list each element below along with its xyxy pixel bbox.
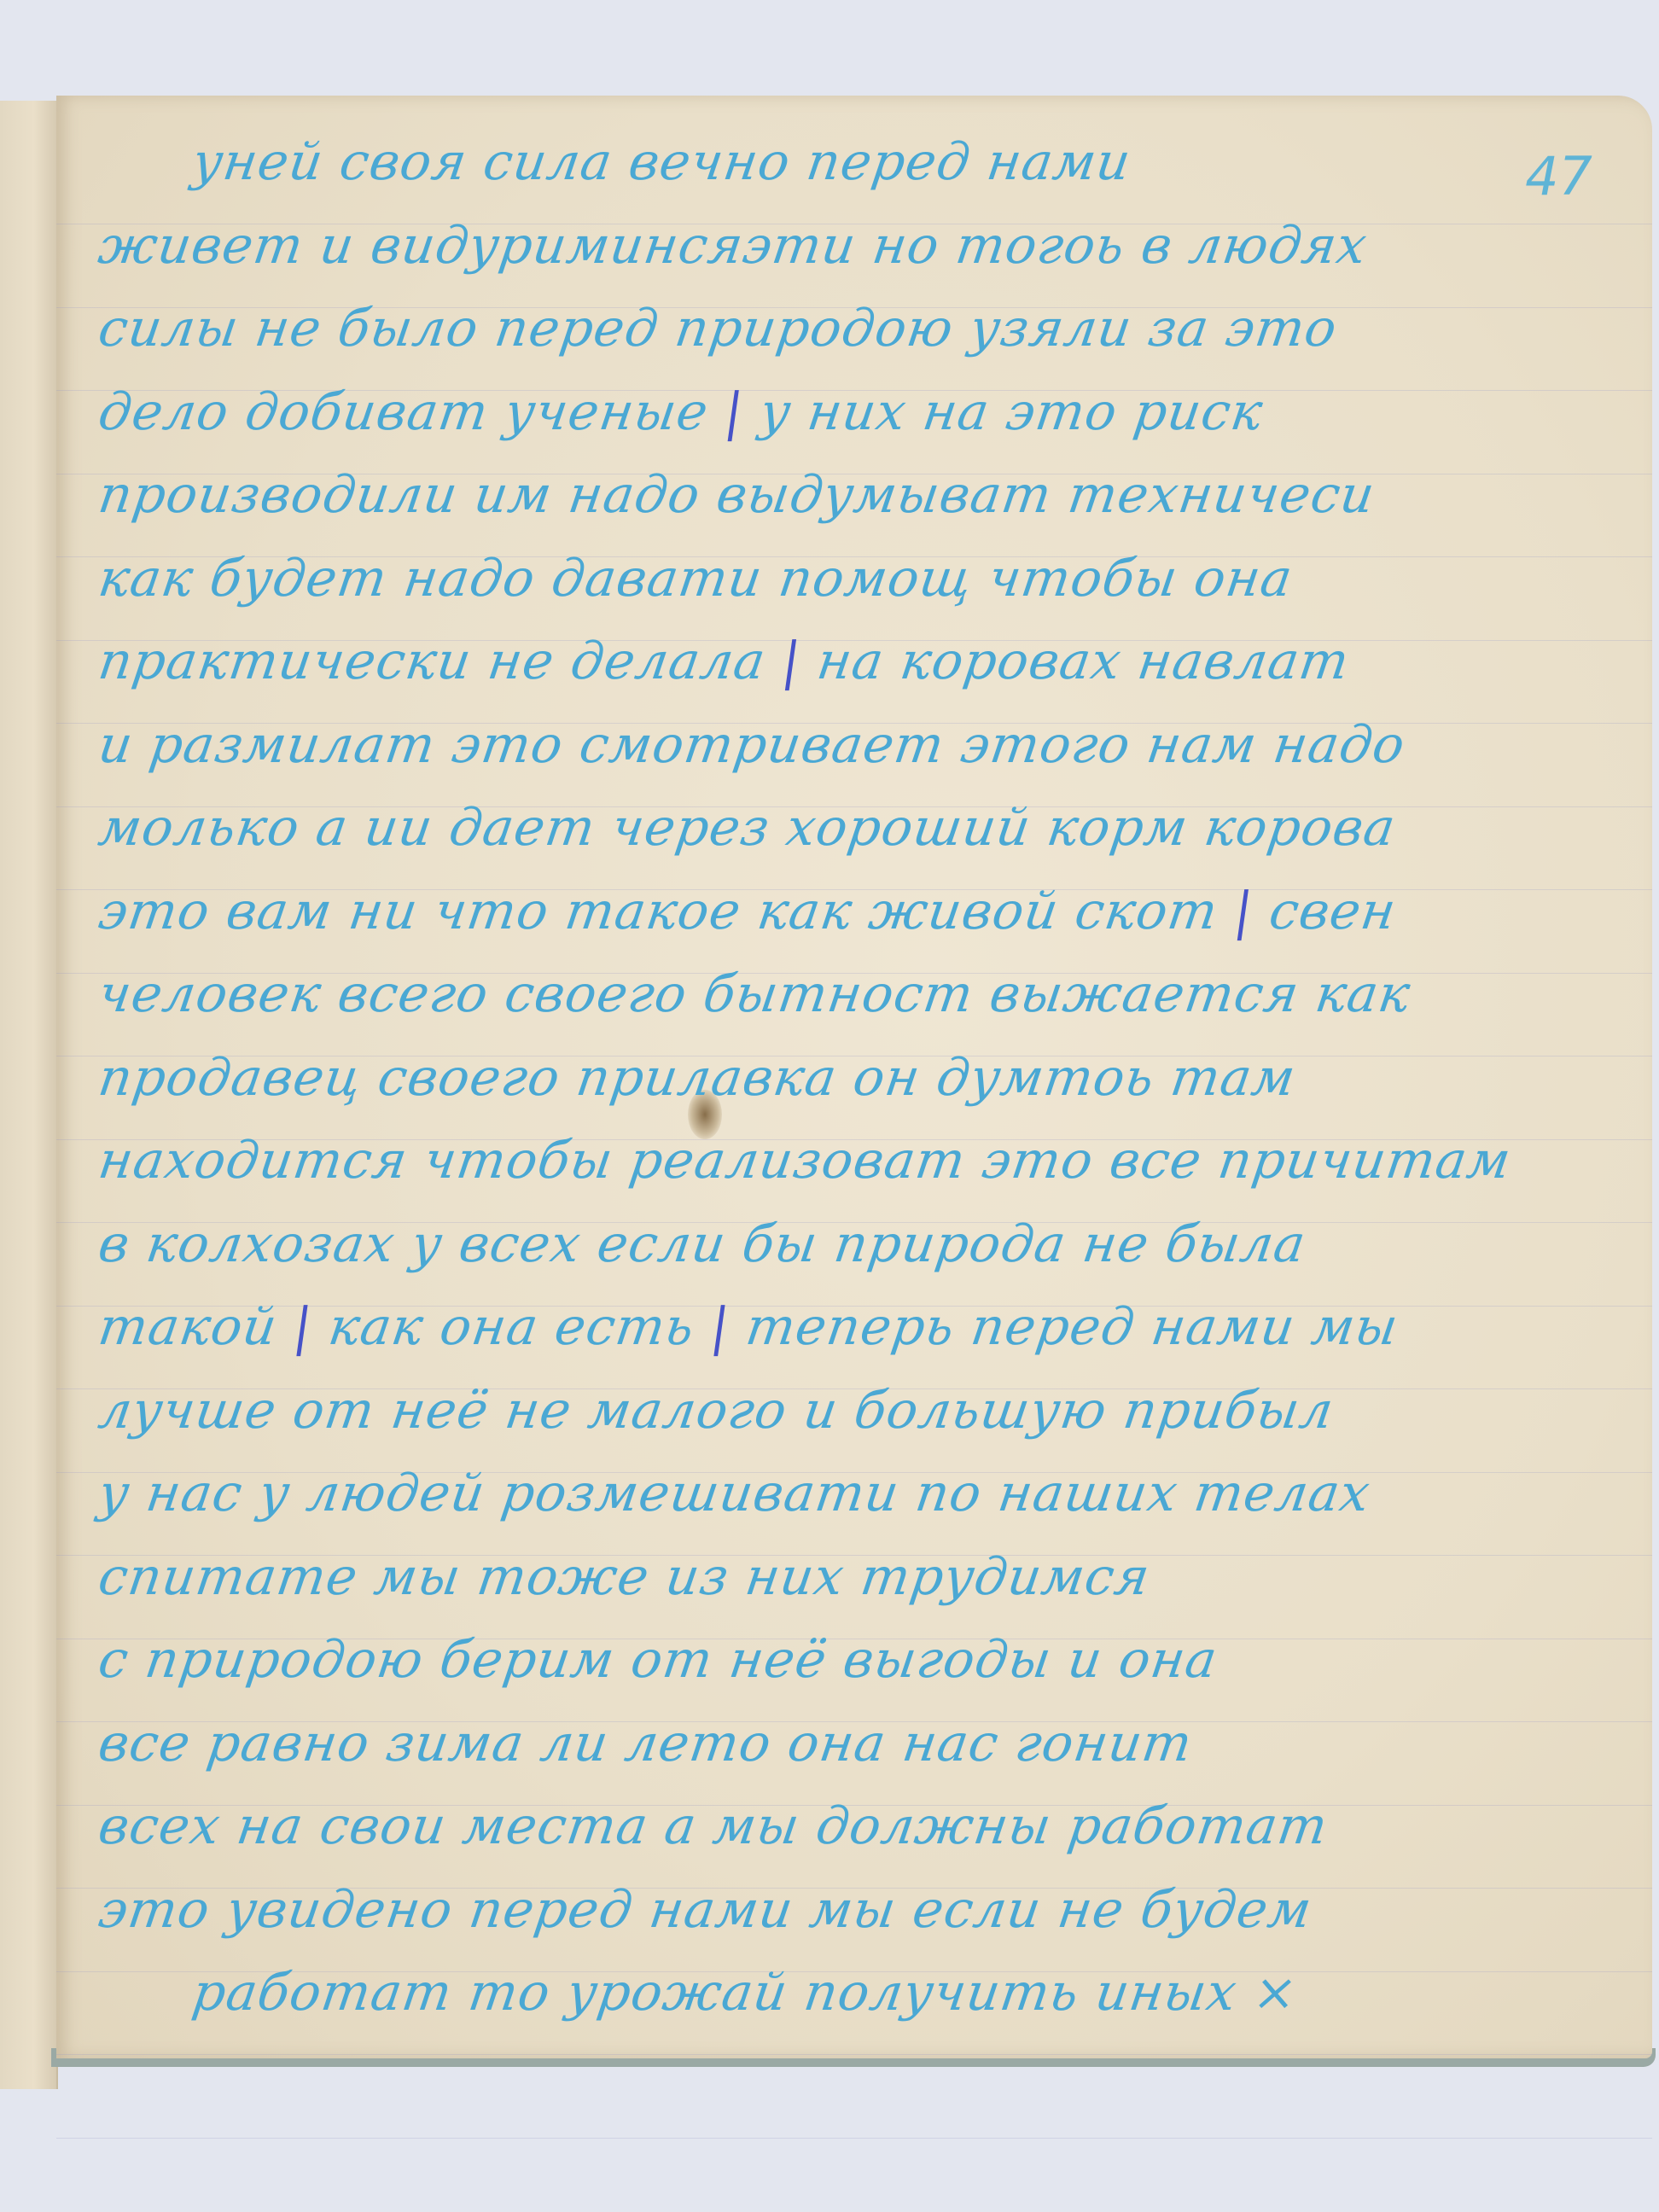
handwritten-line: дело добиват ученые | у них на это риск [93, 371, 1556, 455]
handwritten-line: практически не делала | на коровах навла… [93, 620, 1556, 704]
previous-page-edge [0, 101, 58, 2089]
handwritten-line: всех на свои места а мы должны работат [93, 1785, 1556, 1869]
handwritten-line: силы не было перед природою узяли за это [93, 288, 1556, 371]
handwritten-line: как будет надо давати помощ чтобы она [93, 538, 1556, 621]
correction-mark: | [721, 382, 748, 442]
handwritten-line: это увидено перед нами мы если не будем [93, 1869, 1556, 1953]
correction-mark: | [1231, 882, 1257, 941]
handwritten-line: это вам ни что такое как живой скот | св… [93, 870, 1556, 954]
handwritten-line: с природою берим от неё выгоды и она [93, 1619, 1556, 1703]
ruled-line [56, 2138, 1652, 2139]
handwritten-line: уней своя сила вечно перед нами [93, 121, 1556, 205]
correction-mark: | [290, 1297, 317, 1357]
handwritten-line: продавец своего прилавка он думтоь там [93, 1037, 1556, 1121]
handwritten-line: у нас у людей розмешивати по наших телах [93, 1452, 1556, 1536]
handwritten-line: молько а ии дает через хороший корм коро… [93, 787, 1556, 870]
ruled-line [56, 2054, 1652, 2055]
correction-mark: | [707, 1297, 734, 1357]
handwritten-text: уней своя сила вечно перед намиживет и в… [99, 121, 1550, 2035]
handwritten-line: находится чтобы реализоват это все причи… [93, 1120, 1556, 1203]
handwritten-line: производили им надо выдумыват техничеси [93, 454, 1556, 538]
handwritten-line: и размилат это смотривает этого нам надо [93, 704, 1556, 788]
handwritten-line: все равно зима ли лето она нас гонит [93, 1703, 1556, 1786]
handwritten-line: лучше от неё не малого и большую прибыл [93, 1370, 1556, 1453]
handwritten-line: работат то урожай получить иных × [93, 1952, 1556, 2035]
notebook-page: 47 уней своя сила вечно перед намиживет … [56, 96, 1652, 2058]
handwritten-line: такой | как она есть | теперь перед нами… [93, 1286, 1556, 1370]
handwritten-line: в колхозах у всех если бы природа не был… [93, 1203, 1556, 1287]
handwritten-line: живет и видуриминсяэти но тогоь в людях [93, 205, 1556, 288]
correction-mark: | [778, 632, 805, 691]
handwritten-line: человек всего своего бытност выжается ка… [93, 953, 1556, 1037]
handwritten-line: спитате мы тоже из них трудимся [93, 1536, 1556, 1620]
